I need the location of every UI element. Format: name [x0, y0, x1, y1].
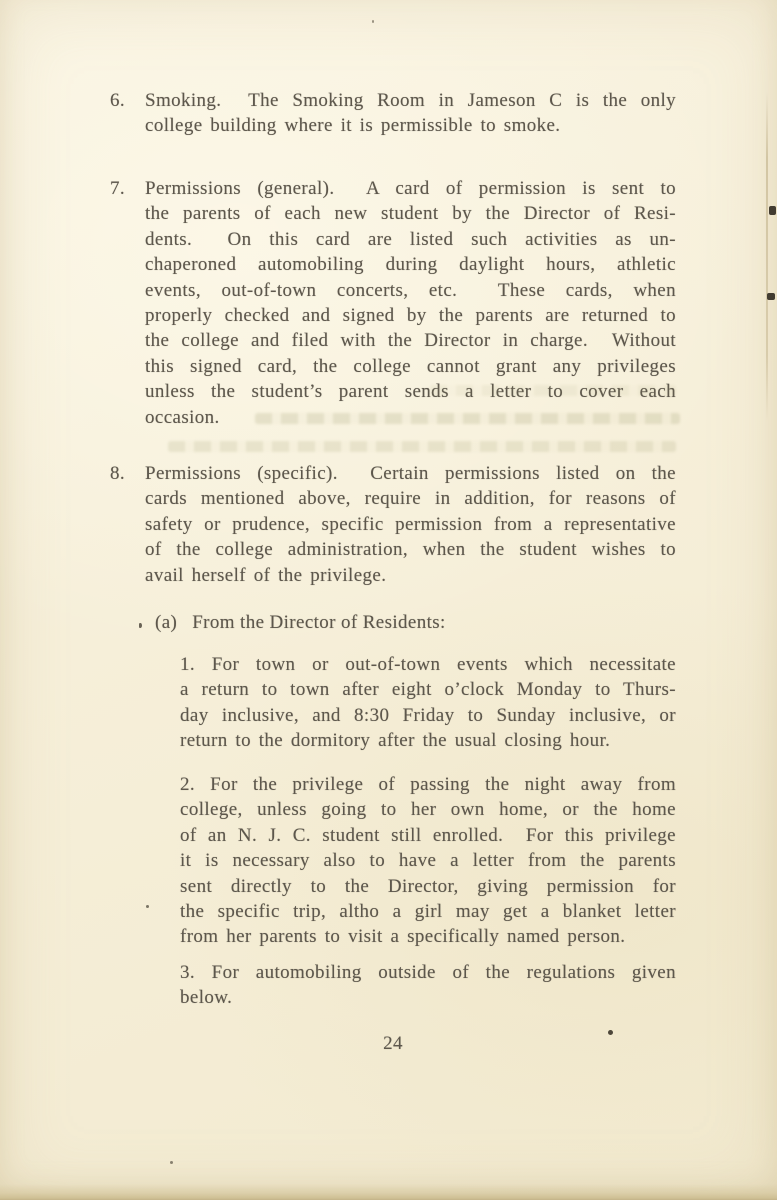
show-through-text-smudge	[255, 413, 680, 424]
text-line: day inclusive, and 8:30 Friday to Sunday…	[180, 703, 676, 728]
edge-mark	[769, 206, 776, 215]
sub-item-text: From the Director of Residents:	[192, 610, 445, 635]
text-line: chaperoned automobiling during daylight …	[145, 252, 676, 277]
text-line: Smoking. The Smoking Room in Jameson C i…	[145, 88, 676, 113]
text-line: safety or prudence, specific permission …	[145, 512, 676, 537]
text-line: of the college administration, when the …	[145, 537, 676, 562]
text-line: this signed card, the college cannot gra…	[145, 354, 676, 379]
text-line: avail herself of the privilege.	[145, 563, 676, 588]
ink-speck	[372, 20, 374, 23]
edge-mark	[767, 293, 775, 300]
text-line: college, unless going to her own home, o…	[180, 797, 676, 822]
text-line: of an N. J. C. student still enrolled. F…	[180, 823, 676, 848]
text-line: college building where it is permissible…	[145, 113, 676, 138]
text-line: dents. On this card are listed such acti…	[145, 227, 676, 252]
sub-item-a: (a) From the Director of Residents:	[155, 610, 676, 635]
text-line: the college and filed with the Director …	[145, 328, 676, 353]
text-line: below.	[180, 985, 676, 1010]
text-line: the parents of each new student by the D…	[145, 201, 676, 226]
text-line: 3. For automobiling outside of the regul…	[180, 960, 676, 985]
item-number: 8.	[110, 461, 140, 486]
page-edge-crease	[766, 92, 768, 422]
sub-item-3: 3. For automobiling outside of the regul…	[180, 960, 676, 1011]
text-line: Permissions (specific). Certain permissi…	[145, 461, 676, 486]
item-number: 7.	[110, 176, 140, 201]
text-line: events, out-of-town concerts, etc. These…	[145, 278, 676, 303]
scanned-handbook-page: 6. Smoking. The Smoking Room in Jameson …	[0, 0, 777, 1200]
text-line: Permissions (general). A card of permiss…	[145, 176, 676, 201]
text-line: from her parents to visit a specifically…	[180, 924, 676, 949]
sub-item-1: 1. For town or out-of-town events which …	[180, 652, 676, 754]
text-line: 2. For the privilege of passing the nigh…	[180, 772, 676, 797]
text-line: the specific trip, altho a girl may get …	[180, 899, 676, 924]
show-through-text-smudge	[430, 385, 676, 396]
list-item-6: 6. Smoking. The Smoking Room in Jameson …	[110, 88, 676, 139]
ink-speck	[608, 1030, 613, 1035]
show-through-text-smudge	[168, 441, 676, 452]
sub-item-label: (a)	[155, 610, 177, 635]
text-line: sent directly to the Director, giving pe…	[180, 874, 676, 899]
page-number: 24	[110, 1031, 676, 1056]
sub-item-2: 2. For the privilege of passing the nigh…	[180, 772, 676, 950]
text-line: a return to town after eight o’clock Mon…	[180, 677, 676, 702]
list-item-8: 8. Permissions (specific). Certain permi…	[110, 461, 676, 588]
text-line: it is necessary also to have a letter fr…	[180, 848, 676, 873]
text-line: cards mentioned above, require in additi…	[145, 486, 676, 511]
text-line: 1. For town or out-of-town events which …	[180, 652, 676, 677]
text-line: properly checked and signed by the paren…	[145, 303, 676, 328]
ink-speck	[139, 623, 142, 628]
text-line: return to the dormitory after the usual …	[180, 728, 676, 753]
ink-speck	[170, 1161, 173, 1164]
page-bottom-edge	[0, 1184, 777, 1200]
item-number: 6.	[110, 88, 140, 113]
ink-speck	[146, 905, 149, 908]
